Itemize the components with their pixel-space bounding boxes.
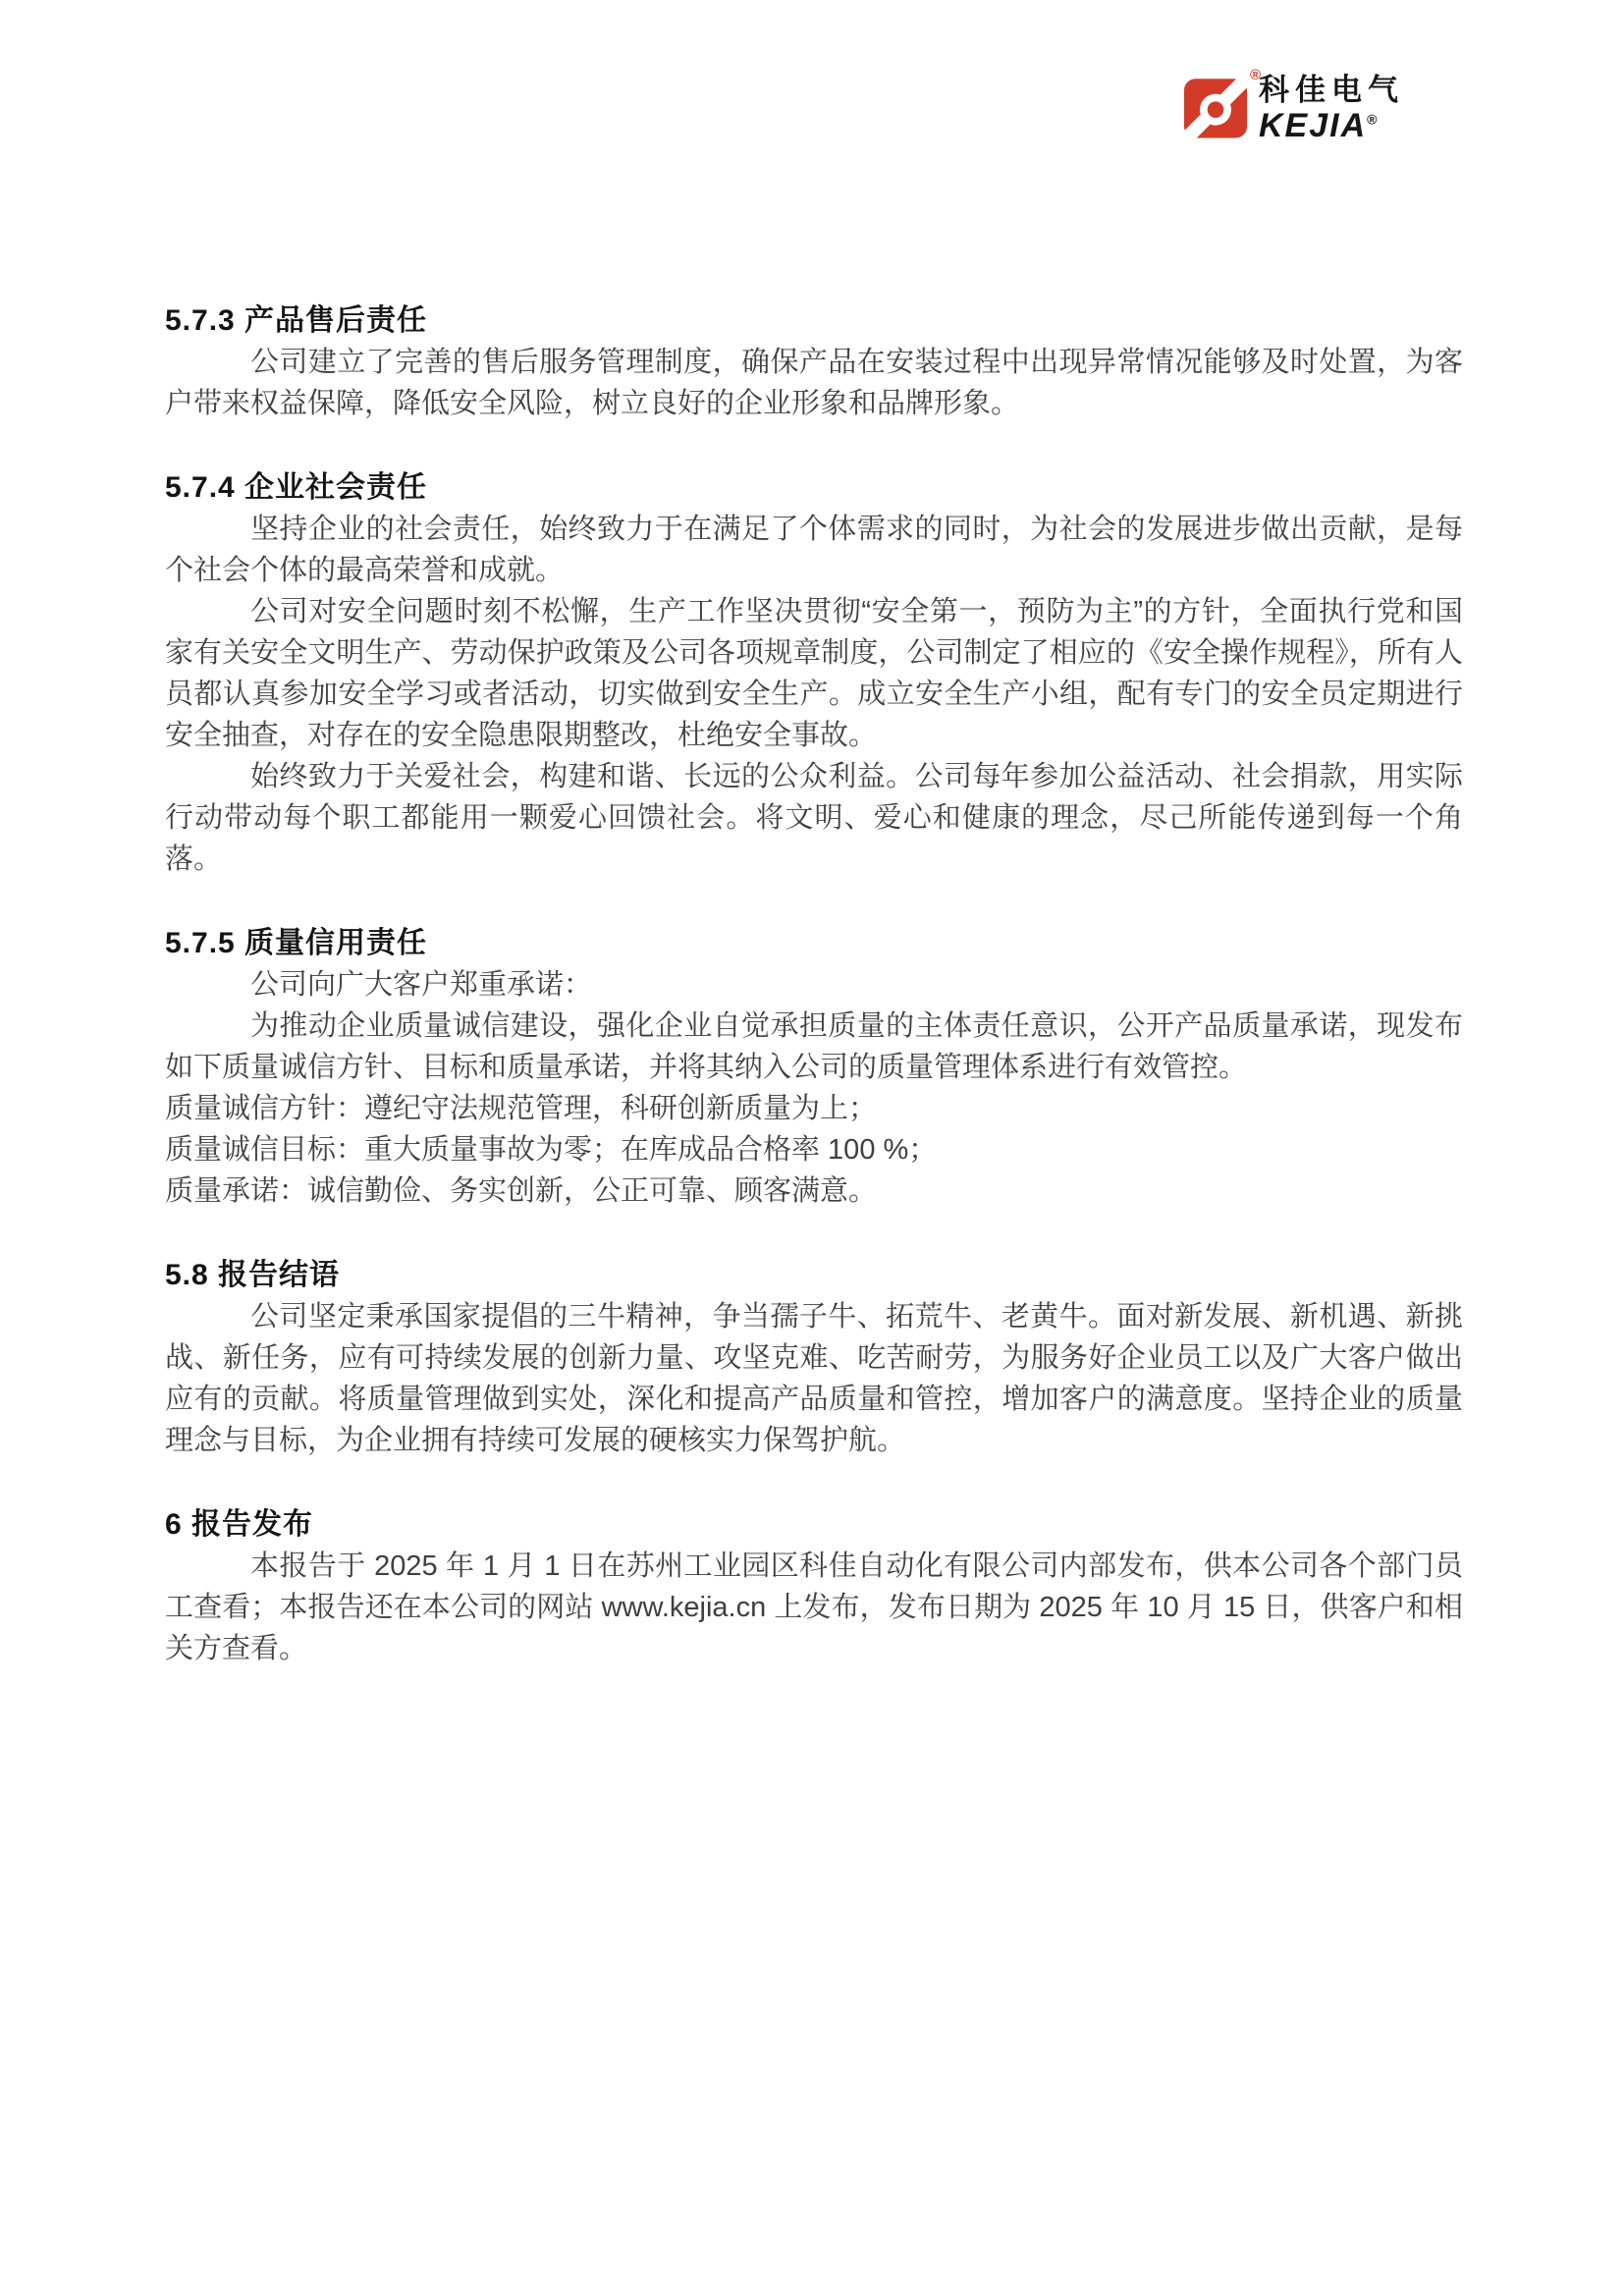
paragraph: 公司对安全问题时刻不松懈，生产工作坚决贯彻“安全第一，预防为主”的方针，全面执行…	[165, 591, 1463, 756]
registered-trademark-icon: ®	[1250, 68, 1261, 82]
section-product-after-sales: 5.7.3 产品售后责任 公司建立了完善的售后服务管理制度，确保产品在安装过程中…	[165, 300, 1463, 424]
logo-chinese-name: 科佳电气	[1259, 75, 1404, 105]
kejia-logo-text: 科佳电气 KEJIA®	[1259, 75, 1404, 142]
paragraph: 始终致力于关爱社会，构建和谐、长远的公众利益。公司每年参加公益活动、社会捐款，用…	[165, 756, 1463, 880]
section-heading: 5.7.3 产品售后责任	[165, 300, 1463, 342]
report-body: 5.7.3 产品售后责任 公司建立了完善的售后服务管理制度，确保产品在安装过程中…	[165, 300, 1463, 1669]
paragraph: 坚持企业的社会责任，始终致力于在满足了个体需求的同时，为社会的发展进步做出贡献，…	[165, 509, 1463, 591]
section-corporate-social-responsibility: 5.7.4 企业社会责任 坚持企业的社会责任，始终致力于在满足了个体需求的同时，…	[165, 467, 1463, 880]
section-report-release: 6 报告发布 本报告于 2025 年 1 月 1 日在苏州工业园区科佳自动化有限…	[165, 1504, 1463, 1669]
section-heading: 5.7.4 企业社会责任	[165, 467, 1463, 509]
logo-english-name: KEJIA®	[1259, 109, 1404, 142]
quality-target-line: 质量诚信目标：重大质量事故为零；在库成品合格率 100 %；	[165, 1129, 1463, 1170]
section-report-conclusion: 5.8 报告结语 公司坚定秉承国家提倡的三牛精神，争当孺子牛、拓荒牛、老黄牛。面…	[165, 1255, 1463, 1461]
kejia-logo-icon: ®	[1184, 76, 1247, 142]
registered-trademark-icon: ®	[1367, 112, 1377, 128]
kejia-logo: ® 科佳电气 KEJIA®	[1184, 75, 1404, 142]
paragraph: 公司建立了完善的售后服务管理制度，确保产品在安装过程中出现异常情况能够及时处置，…	[165, 342, 1463, 424]
paragraph: 公司坚定秉承国家提倡的三牛精神，争当孺子牛、拓荒牛、老黄牛。面对新发展、新机遇、…	[165, 1296, 1463, 1461]
section-heading: 5.8 报告结语	[165, 1255, 1463, 1296]
report-page: { "logo": { "zh": "科佳电气", "en": "KEJIA",…	[0, 0, 1624, 2285]
paragraph: 公司向广大客户郑重承诺：	[165, 964, 1463, 1006]
section-heading: 6 报告发布	[165, 1504, 1463, 1546]
section-quality-credit-responsibility: 5.7.5 质量信用责任 公司向广大客户郑重承诺： 为推动企业质量诚信建设，强化…	[165, 923, 1463, 1212]
quality-promise-line: 质量承诺：诚信勤俭、务实创新，公正可靠、顾客满意。	[165, 1170, 1463, 1212]
quality-policy-line: 质量诚信方针：遵纪守法规范管理，科研创新质量为上；	[165, 1088, 1463, 1129]
paragraph: 为推动企业质量诚信建设，强化企业自觉承担质量的主体责任意识，公开产品质量承诺，现…	[165, 1006, 1463, 1088]
section-heading: 5.7.5 质量信用责任	[165, 923, 1463, 964]
paragraph: 本报告于 2025 年 1 月 1 日在苏州工业园区科佳自动化有限公司内部发布，…	[165, 1546, 1463, 1669]
